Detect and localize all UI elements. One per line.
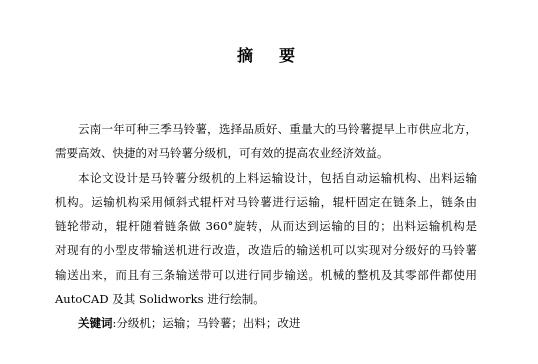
abstract-body: 云南一年可种三季马铃薯，选择品质好、重量大的马铃薯提早上市供应北方，需要高效、快…: [55, 117, 477, 336]
keywords-text: 分级机；运输；马铃薯；出料；改进: [116, 316, 300, 330]
body-line: 对现有的小型皮带输送机进行改造，改造后的输送机可以实现对分级好的马铃薯: [55, 238, 477, 262]
body-line: 需要高效、快捷的对马铃薯分级机，可有效的提高农业经济效益。: [55, 141, 477, 165]
body-line: 本论文设计是马铃薯分级机的上料运输设计，包括自动运输机构、出料运输: [55, 166, 477, 190]
body-line: 输送出来，而且有三条输送带可以进行同步输送。机械的整机及其零部件都使用: [55, 263, 477, 287]
page-title: 摘 要: [55, 46, 477, 65]
keywords-line: 关键词:分级机；运输；马铃薯；出料；改进: [55, 311, 477, 335]
body-line: 云南一年可种三季马铃薯，选择品质好、重量大的马铃薯提早上市供应北方，: [55, 117, 477, 141]
body-line: 链轮带动，辊杆随着链条做 360°旋转，从而达到运输的目的；出料运输机构是: [55, 214, 477, 238]
body-line: AutoCAD 及其 Solidworks 进行绘制。: [55, 287, 477, 311]
abstract-page: 摘 要 云南一年可种三季马铃薯，选择品质好、重量大的马铃薯提早上市供应北方，需要…: [0, 0, 538, 364]
keywords-label: 关键词: [78, 316, 113, 330]
body-line: 机构。运输机构采用倾斜式辊杆对马铃薯进行运输，辊杆固定在链条上，链条由: [55, 190, 477, 214]
